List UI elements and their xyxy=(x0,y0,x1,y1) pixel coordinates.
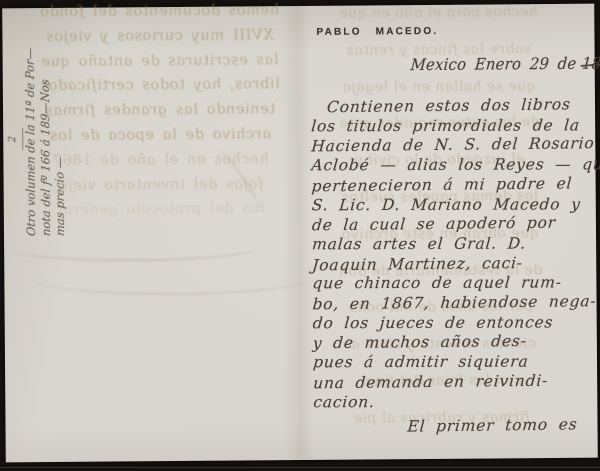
letter-body-line: bo, en 1867, habiendose nega- xyxy=(312,292,596,315)
letter-body-line: de la cual se apoderó por xyxy=(311,213,595,236)
letter-body-line: do los jueces de entonces xyxy=(312,313,596,334)
letter-body-line: que chinaco de aquel rum- xyxy=(312,274,596,295)
letter-body-line: Contienen estos dos libros xyxy=(310,95,594,118)
bleedthrough-line: hemos documentos del fondo xyxy=(27,0,292,25)
letter-body: Contienen estos dos libroslos titulos pr… xyxy=(311,96,595,413)
letterhead: PABLO MACEDO. xyxy=(316,26,438,38)
letter-body-line: y de muchos años des- xyxy=(312,332,596,355)
page-right: hechos para el año en quesobre las finca… xyxy=(292,4,598,460)
margin-note-line: mas precio — xyxy=(51,23,67,236)
margin-note-rotated: 2 Otro volumen de la 11ª de Por—nota del… xyxy=(22,24,72,236)
dateline-prefix: Mexico Enero 29 de xyxy=(410,54,577,74)
paper-crease xyxy=(213,147,265,215)
letter-body-line: Hacienda de N. S. del Rosario xyxy=(311,135,595,158)
scanned-letter-photo: hemos documentos del fondoXVIII muy curi… xyxy=(0,0,600,471)
letter-body-line: una demanda en reivindi- xyxy=(312,371,596,394)
paper-crease xyxy=(10,232,262,262)
letter-body-line: los titulos primordiales de la xyxy=(310,116,594,137)
dateline: Mexico Enero 29 de1881903. xyxy=(410,53,600,74)
margin-note-lines: Otro volumen de la 11ª de Por—nota del f… xyxy=(22,24,67,236)
letter-body-line: malas artes el Gral. D. xyxy=(311,234,595,255)
paper-sheet: hemos documentos del fondoXVIII muy curi… xyxy=(2,4,598,463)
letter-body-line: Joaquin Martinez, caci- xyxy=(311,253,595,276)
letter-body-line: cacion. xyxy=(313,392,597,413)
margin-note-line: nota del fº 166 á 189—Nos xyxy=(37,23,53,236)
page-left: hemos documentos del fondoXVIII muy curi… xyxy=(2,6,296,462)
letter-body-line: pertenecieron á mi padre el xyxy=(311,174,595,197)
letter-body-line: Aclobé — alias los Reyes — que xyxy=(311,155,595,176)
letter-body-line: pues á admitir siquiera xyxy=(312,352,596,373)
page-number: 2 xyxy=(6,128,23,150)
letter-body-line: S. Lic. D. Mariano Macedo y xyxy=(311,195,595,216)
margin-note-line: Otro volumen de la 11ª de Por— xyxy=(22,23,38,236)
dateline-struck-year: 188 xyxy=(581,54,600,73)
closing-line: El primer tomo es xyxy=(407,415,578,435)
